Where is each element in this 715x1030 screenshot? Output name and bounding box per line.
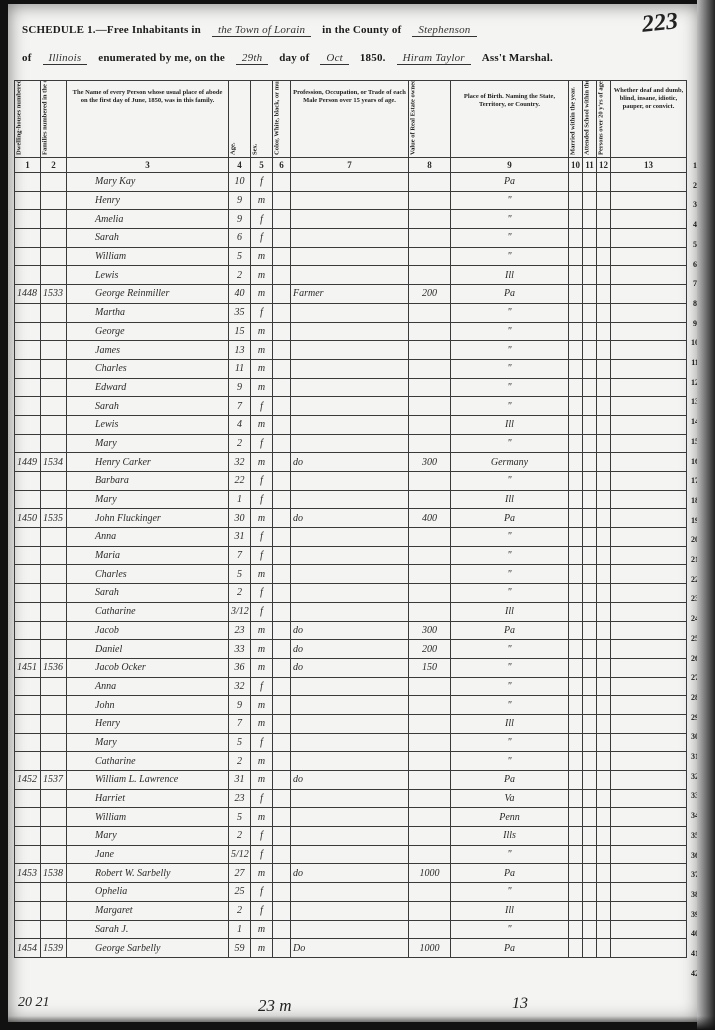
birthplace-cell: " — [451, 229, 569, 248]
family-number-cell — [41, 397, 67, 416]
married-cell — [569, 472, 583, 491]
person-name-cell: Mary — [67, 490, 229, 509]
real-estate-value-cell — [409, 247, 451, 266]
color-cell — [273, 285, 291, 304]
county-label: in the County of — [322, 24, 401, 36]
dwelling-number-cell — [15, 789, 41, 808]
occupation-cell — [291, 827, 409, 846]
col-header-birthplace: Place of Birth. Naming the State, Territ… — [451, 81, 569, 158]
age-cell: 30 — [229, 509, 251, 528]
page-number: 223 — [641, 8, 680, 39]
dwelling-number-cell: 1453 — [15, 864, 41, 883]
illiterate-cell — [597, 939, 611, 958]
person-name-cell: Jacob Ocker — [67, 658, 229, 677]
color-cell — [273, 845, 291, 864]
age-cell: 5 — [229, 247, 251, 266]
real-estate-value-cell — [409, 434, 451, 453]
person-name-cell: George Sarbelly — [67, 939, 229, 958]
sex-cell: f — [251, 901, 273, 920]
sex-cell: f — [251, 845, 273, 864]
birthplace-cell: " — [451, 210, 569, 229]
birthplace-cell: " — [451, 677, 569, 696]
illiterate-cell — [597, 173, 611, 192]
person-name-cell: Mary — [67, 733, 229, 752]
occupation-cell — [291, 733, 409, 752]
table-row: Jacob23mdo300Pa — [15, 621, 687, 640]
school-cell — [583, 546, 597, 565]
color-cell — [273, 229, 291, 248]
sex-cell: m — [251, 808, 273, 827]
dwelling-number-cell — [15, 920, 41, 939]
person-name-cell: Catharine — [67, 752, 229, 771]
birthplace-cell: " — [451, 920, 569, 939]
person-name-cell: Henry — [67, 191, 229, 210]
age-cell: 25 — [229, 883, 251, 902]
sex-cell: f — [251, 490, 273, 509]
disability-cell — [611, 303, 687, 322]
illiterate-cell — [597, 509, 611, 528]
table-row: 14531538Robert W. Sarbelly27mdo1000Pa — [15, 864, 687, 883]
family-number-cell: 1536 — [41, 658, 67, 677]
illiterate-cell — [597, 285, 611, 304]
real-estate-value-cell — [409, 696, 451, 715]
color-cell — [273, 341, 291, 360]
person-name-cell: James — [67, 341, 229, 360]
color-cell — [273, 621, 291, 640]
birthplace-cell: " — [451, 752, 569, 771]
col-header-school: Attended School within the year. — [583, 81, 597, 158]
table-row: Sarah7f" — [15, 397, 687, 416]
birthplace-cell: " — [451, 696, 569, 715]
school-cell — [583, 210, 597, 229]
person-name-cell: Jane — [67, 845, 229, 864]
occupation-cell — [291, 752, 409, 771]
col-header-occupation: Profession, Occupation, or Trade of each… — [291, 81, 409, 158]
birthplace-cell: " — [451, 845, 569, 864]
schedule-header-line-2: of Illinois enumerated by me, on the 29t… — [22, 52, 561, 65]
family-number-cell — [41, 883, 67, 902]
table-row: Charles11m" — [15, 359, 687, 378]
school-cell — [583, 901, 597, 920]
color-cell — [273, 677, 291, 696]
occupation-cell — [291, 490, 409, 509]
table-row: Barbara22f" — [15, 472, 687, 491]
birthplace-cell: Ill — [451, 266, 569, 285]
county-name: Stephenson — [412, 24, 476, 37]
column-number: 6 — [273, 158, 291, 173]
birthplace-cell: Pa — [451, 771, 569, 790]
age-cell: 1 — [229, 490, 251, 509]
person-name-cell: Mary — [67, 434, 229, 453]
illiterate-cell — [597, 546, 611, 565]
age-cell: 1 — [229, 920, 251, 939]
dwelling-number-cell — [15, 584, 41, 603]
sex-cell: f — [251, 434, 273, 453]
occupation-cell — [291, 789, 409, 808]
state-name: Illinois — [43, 52, 88, 65]
occupation-cell — [291, 602, 409, 621]
dwelling-number-cell — [15, 752, 41, 771]
person-name-cell: Daniel — [67, 640, 229, 659]
real-estate-value-cell — [409, 733, 451, 752]
illiterate-cell — [597, 901, 611, 920]
birthplace-cell: " — [451, 584, 569, 603]
disability-cell — [611, 173, 687, 192]
age-cell: 40 — [229, 285, 251, 304]
color-cell — [273, 546, 291, 565]
illiterate-cell — [597, 303, 611, 322]
disability-cell — [611, 359, 687, 378]
married-cell — [569, 341, 583, 360]
sex-cell: m — [251, 939, 273, 958]
real-estate-value-cell — [409, 322, 451, 341]
illiterate-cell — [597, 247, 611, 266]
family-number-cell — [41, 415, 67, 434]
birthplace-cell: " — [451, 528, 569, 547]
occupation-cell: do — [291, 621, 409, 640]
school-cell — [583, 808, 597, 827]
color-cell — [273, 303, 291, 322]
occupation-cell — [291, 303, 409, 322]
disability-cell — [611, 434, 687, 453]
family-number-cell — [41, 210, 67, 229]
real-estate-value-cell — [409, 266, 451, 285]
table-row: Jane5/12f" — [15, 845, 687, 864]
school-cell — [583, 303, 597, 322]
real-estate-value-cell — [409, 789, 451, 808]
state-label: of — [22, 52, 32, 64]
occupation-cell — [291, 677, 409, 696]
age-cell: 2 — [229, 827, 251, 846]
illiterate-cell — [597, 229, 611, 248]
family-number-cell — [41, 752, 67, 771]
disability-cell — [611, 247, 687, 266]
color-cell — [273, 472, 291, 491]
married-cell — [569, 640, 583, 659]
color-cell — [273, 173, 291, 192]
married-cell — [569, 453, 583, 472]
color-cell — [273, 658, 291, 677]
color-cell — [273, 714, 291, 733]
school-cell — [583, 658, 597, 677]
married-cell — [569, 920, 583, 939]
family-number-cell — [41, 229, 67, 248]
person-name-cell: John Fluckinger — [67, 509, 229, 528]
dwelling-number-cell — [15, 266, 41, 285]
dwelling-number-cell — [15, 490, 41, 509]
person-name-cell: Lewis — [67, 415, 229, 434]
col-header-disability: Whether deaf and dumb, blind, insane, id… — [611, 81, 687, 158]
table-row: William5m" — [15, 247, 687, 266]
disability-cell — [611, 191, 687, 210]
married-cell — [569, 378, 583, 397]
dwelling-number-cell — [15, 883, 41, 902]
real-estate-value-cell — [409, 771, 451, 790]
table-row: Catharine3/12fIll — [15, 602, 687, 621]
school-cell — [583, 266, 597, 285]
disability-cell — [611, 920, 687, 939]
school-cell — [583, 509, 597, 528]
birthplace-cell: Pa — [451, 509, 569, 528]
disability-cell — [611, 677, 687, 696]
illiterate-cell — [597, 733, 611, 752]
person-name-cell: George — [67, 322, 229, 341]
real-estate-value-cell — [409, 341, 451, 360]
dwelling-number-cell — [15, 528, 41, 547]
dwelling-number-cell — [15, 378, 41, 397]
real-estate-value-cell — [409, 752, 451, 771]
school-cell — [583, 883, 597, 902]
birthplace-cell: " — [451, 883, 569, 902]
illiterate-cell — [597, 752, 611, 771]
table-row: Martha35f" — [15, 303, 687, 322]
col-header-illiterate: Persons over 20 y'rs of age who cannot r… — [597, 81, 611, 158]
school-cell — [583, 415, 597, 434]
age-cell: 9 — [229, 378, 251, 397]
real-estate-value-cell: 1000 — [409, 939, 451, 958]
birthplace-cell: Va — [451, 789, 569, 808]
color-cell — [273, 864, 291, 883]
person-name-cell: Charles — [67, 359, 229, 378]
dwelling-number-cell — [15, 827, 41, 846]
family-number-cell — [41, 677, 67, 696]
disability-cell — [611, 528, 687, 547]
occupation-cell — [291, 472, 409, 491]
table-row: Harriet23fVa — [15, 789, 687, 808]
birthplace-cell: " — [451, 640, 569, 659]
person-name-cell: Henry — [67, 714, 229, 733]
family-number-cell — [41, 565, 67, 584]
disability-cell — [611, 640, 687, 659]
married-cell — [569, 303, 583, 322]
birthplace-cell: Pa — [451, 173, 569, 192]
disability-cell — [611, 621, 687, 640]
footer-right-note: 13 — [512, 995, 528, 1013]
sex-cell: f — [251, 472, 273, 491]
age-cell: 2 — [229, 901, 251, 920]
age-cell: 32 — [229, 453, 251, 472]
column-number: 11 — [583, 158, 597, 173]
married-cell — [569, 733, 583, 752]
school-cell — [583, 827, 597, 846]
disability-cell — [611, 266, 687, 285]
person-name-cell: Maria — [67, 546, 229, 565]
family-number-cell: 1538 — [41, 864, 67, 883]
person-name-cell: Harriet — [67, 789, 229, 808]
dwelling-number-cell — [15, 472, 41, 491]
real-estate-value-cell — [409, 378, 451, 397]
real-estate-value-cell: 300 — [409, 453, 451, 472]
table-row: George15m" — [15, 322, 687, 341]
table-row: James13m" — [15, 341, 687, 360]
real-estate-value-cell — [409, 883, 451, 902]
age-cell: 13 — [229, 341, 251, 360]
birthplace-cell: " — [451, 565, 569, 584]
birthplace-cell: Ill — [451, 901, 569, 920]
color-cell — [273, 771, 291, 790]
age-cell: 5 — [229, 733, 251, 752]
married-cell — [569, 322, 583, 341]
dwelling-number-cell — [15, 901, 41, 920]
column-header-row: Dwelling-houses numbered in the order of… — [15, 81, 687, 158]
sex-cell: f — [251, 229, 273, 248]
family-number-cell — [41, 247, 67, 266]
illiterate-cell — [597, 864, 611, 883]
age-cell: 27 — [229, 864, 251, 883]
table-row: Mary2fIlls — [15, 827, 687, 846]
school-cell — [583, 584, 597, 603]
occupation-cell — [291, 247, 409, 266]
footer-left-note: 20 21 — [18, 995, 50, 1011]
occupation-cell — [291, 696, 409, 715]
school-cell — [583, 173, 597, 192]
occupation-cell — [291, 714, 409, 733]
school-cell — [583, 490, 597, 509]
illiterate-cell — [597, 789, 611, 808]
married-cell — [569, 210, 583, 229]
age-cell: 5 — [229, 808, 251, 827]
family-number-cell — [41, 808, 67, 827]
sex-cell: m — [251, 565, 273, 584]
census-table: Dwelling-houses numbered in the order of… — [14, 80, 687, 958]
disability-cell — [611, 845, 687, 864]
dwelling-number-cell: 1454 — [15, 939, 41, 958]
person-name-cell: William — [67, 808, 229, 827]
table-row: Ophelia25f" — [15, 883, 687, 902]
age-cell: 7 — [229, 714, 251, 733]
color-cell — [273, 191, 291, 210]
illiterate-cell — [597, 602, 611, 621]
married-cell — [569, 490, 583, 509]
disability-cell — [611, 472, 687, 491]
sex-cell: m — [251, 322, 273, 341]
real-estate-value-cell — [409, 584, 451, 603]
birthplace-cell: " — [451, 322, 569, 341]
birthplace-cell: Ill — [451, 490, 569, 509]
birthplace-cell: Germany — [451, 453, 569, 472]
sex-cell: m — [251, 359, 273, 378]
column-number: 4 — [229, 158, 251, 173]
col-header-family: Families numbered in the order of visita… — [41, 81, 67, 158]
real-estate-value-cell — [409, 397, 451, 416]
disability-cell — [611, 546, 687, 565]
family-number-cell — [41, 472, 67, 491]
illiterate-cell — [597, 677, 611, 696]
dwelling-number-cell: 1451 — [15, 658, 41, 677]
dwelling-number-cell — [15, 733, 41, 752]
disability-cell — [611, 789, 687, 808]
school-cell — [583, 845, 597, 864]
dwelling-number-cell — [15, 434, 41, 453]
married-cell — [569, 808, 583, 827]
real-estate-value-cell — [409, 472, 451, 491]
color-cell — [273, 939, 291, 958]
dwelling-number-cell — [15, 173, 41, 192]
school-cell — [583, 733, 597, 752]
color-cell — [273, 808, 291, 827]
sex-cell: f — [251, 827, 273, 846]
school-cell — [583, 285, 597, 304]
table-row: Mary5f" — [15, 733, 687, 752]
married-cell — [569, 789, 583, 808]
sex-cell: m — [251, 621, 273, 640]
table-row: Henry7mIll — [15, 714, 687, 733]
color-cell — [273, 528, 291, 547]
married-cell — [569, 771, 583, 790]
school-cell — [583, 565, 597, 584]
real-estate-value-cell: 400 — [409, 509, 451, 528]
table-row: Amelia9f" — [15, 210, 687, 229]
illiterate-cell — [597, 191, 611, 210]
table-row: Lewis4mIll — [15, 415, 687, 434]
birthplace-cell: " — [451, 546, 569, 565]
dwelling-number-cell — [15, 247, 41, 266]
school-cell — [583, 359, 597, 378]
occupation-cell — [291, 266, 409, 285]
family-number-cell — [41, 789, 67, 808]
married-cell — [569, 528, 583, 547]
occupation-cell — [291, 359, 409, 378]
color-cell — [273, 640, 291, 659]
school-cell — [583, 752, 597, 771]
person-name-cell: George Reinmiller — [67, 285, 229, 304]
school-cell — [583, 714, 597, 733]
illiterate-cell — [597, 341, 611, 360]
dwelling-number-cell — [15, 808, 41, 827]
disability-cell — [611, 509, 687, 528]
dwelling-number-cell — [15, 229, 41, 248]
person-name-cell: William L. Lawrence — [67, 771, 229, 790]
dwelling-number-cell: 1448 — [15, 285, 41, 304]
color-cell — [273, 210, 291, 229]
person-name-cell: Catharine — [67, 602, 229, 621]
sex-cell: f — [251, 173, 273, 192]
sex-cell: m — [251, 415, 273, 434]
real-estate-value-cell: 200 — [409, 285, 451, 304]
illiterate-cell — [597, 528, 611, 547]
school-cell — [583, 696, 597, 715]
school-cell — [583, 229, 597, 248]
dwelling-number-cell — [15, 677, 41, 696]
real-estate-value-cell — [409, 827, 451, 846]
occupation-cell — [291, 920, 409, 939]
table-row: Mary1fIll — [15, 490, 687, 509]
family-number-cell — [41, 303, 67, 322]
age-cell: 9 — [229, 191, 251, 210]
year-label: 1850. — [360, 52, 386, 64]
table-row: 14491534Henry Carker32mdo300Germany — [15, 453, 687, 472]
sex-cell: m — [251, 696, 273, 715]
occupation-cell: do — [291, 771, 409, 790]
school-cell — [583, 472, 597, 491]
table-row: Daniel33mdo200" — [15, 640, 687, 659]
table-row: Margaret2fIll — [15, 901, 687, 920]
disability-cell — [611, 229, 687, 248]
enumerated-label: enumerated by me, on the — [98, 52, 225, 64]
color-cell — [273, 509, 291, 528]
illiterate-cell — [597, 453, 611, 472]
school-cell — [583, 939, 597, 958]
illiterate-cell — [597, 565, 611, 584]
disability-cell — [611, 658, 687, 677]
table-row: Sarah6f" — [15, 229, 687, 248]
color-cell — [273, 789, 291, 808]
table-row: Lewis2mIll — [15, 266, 687, 285]
person-name-cell: Sarah — [67, 229, 229, 248]
age-cell: 36 — [229, 658, 251, 677]
family-number-cell — [41, 434, 67, 453]
married-cell — [569, 546, 583, 565]
